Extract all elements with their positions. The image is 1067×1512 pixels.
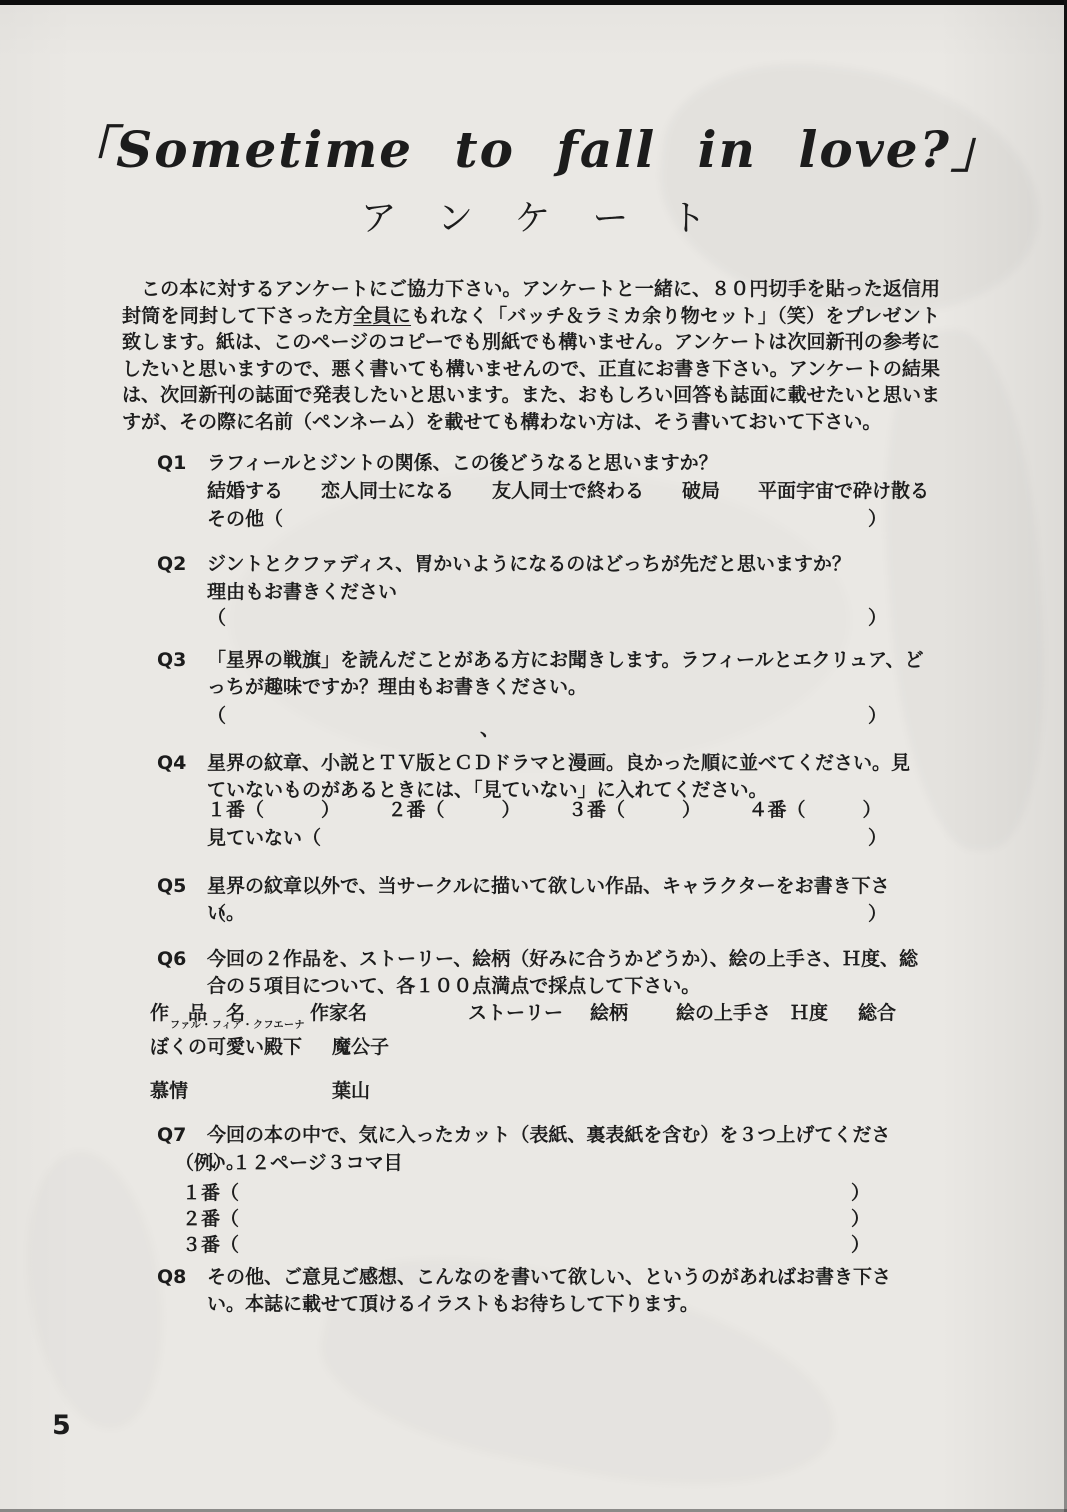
q1-other-open: その他（ — [207, 504, 283, 531]
q4-rank-slots: １番（ ） ２番（ ） ３番（ ） ４番（ ） — [207, 797, 882, 824]
question-q3: Q3 「星界の戦旗」を読んだことがある方にお聞きします。ラフィールとエクリュア、… — [157, 647, 927, 701]
q6-row1-author: 魔公子 — [332, 1032, 389, 1059]
q7-slot2-open: ２番（ — [182, 1204, 239, 1231]
q6-col-hdegree: Ｈ度 — [790, 998, 828, 1025]
q7-slot3-field: ３番（ ） — [182, 1230, 870, 1257]
q4-label: Q4 — [157, 750, 207, 804]
q6-row2-work-title: 慕情 — [150, 1076, 188, 1103]
q6-col-overall: 総合 — [858, 998, 896, 1025]
question-q4: Q4 星界の紋章、小説とＴＶ版とＣＤドラマと漫画。良かった順に並べてください。見… — [157, 750, 927, 804]
page-title: 「Sometime to fall in love?」 — [0, 110, 1067, 182]
q6-row1-work-title: ぼくの可愛い殿下 — [150, 1032, 302, 1059]
question-q2: Q2 ジントとクファディス、胃かいようになるのはどっちが先だと思いますか？ — [157, 551, 927, 578]
q8-text: その他、ご意見ご感想、こんなのを書いて欲しい、というのがあればお書き下さい。本誌… — [207, 1264, 927, 1318]
q3-open-paren: （ — [207, 701, 226, 728]
q6-col-skill: 絵の上手さ — [676, 998, 771, 1025]
q6-label: Q6 — [157, 946, 207, 1000]
q6-col-author: 作家名 — [310, 998, 367, 1025]
q2-open-paren: （ — [207, 603, 226, 630]
q7-example: （例）１２ページ３コマ目 — [175, 1150, 403, 1177]
q7-slot1-close: ） — [851, 1178, 870, 1205]
page-number: 5 — [52, 1410, 71, 1441]
q1-other-close: ） — [868, 504, 887, 531]
q7-slot3-close: ） — [851, 1230, 870, 1257]
q3-close-paren: ） — [868, 701, 887, 728]
q2-close-paren: ） — [868, 603, 887, 630]
q2-label: Q2 — [157, 551, 207, 578]
q5-open-paren: （ — [207, 899, 226, 926]
q4-notseen-close: ） — [868, 823, 887, 850]
q4-notseen-field: 見ていない（ ） — [207, 823, 887, 850]
q4-text: 星界の紋章、小説とＴＶ版とＣＤドラマと漫画。良かった順に並べてください。見ていな… — [207, 750, 927, 804]
question-q8: Q8 その他、ご意見ご感想、こんなのを書いて欲しい、というのがあればお書き下さい… — [157, 1264, 927, 1318]
q3-answer-field: （ ） — [207, 701, 887, 728]
q1-label: Q1 — [157, 450, 207, 477]
stray-ink-mark: 、 — [480, 712, 500, 741]
question-q6: Q6 今回の２作品を、ストーリー、絵柄（好みに合うかどうか）、絵の上手さ、Ｈ度、… — [157, 946, 927, 1000]
q1-text: ラフィールとジントの関係、この後どうなると思いますか？ — [207, 450, 927, 477]
intro-underlined-text: 全員に — [353, 305, 411, 327]
q8-label: Q8 — [157, 1264, 207, 1318]
scan-bleedthrough-artifact — [11, 1142, 179, 1437]
question-q1: Q1 ラフィールとジントの関係、この後どうなると思いますか？ — [157, 450, 927, 477]
q7-slot3-open: ３番（ — [182, 1230, 239, 1257]
q2-answer-field: （ ） — [207, 603, 887, 630]
q3-text: 「星界の戦旗」を読んだことがある方にお聞きします。ラフィールとエクリュア、どっち… — [207, 647, 927, 701]
q4-notseen-open: 見ていない（ — [207, 823, 321, 850]
q7-slot1-field: １番（ ） — [182, 1178, 870, 1205]
q6-col-story: ストーリー — [468, 998, 563, 1025]
q6-row2-author: 葉山 — [332, 1076, 370, 1103]
q6-col-style: 絵柄 — [590, 998, 628, 1025]
scanned-questionnaire-page: 「Sometime to fall in love?」 アンケート この本に対す… — [0, 0, 1067, 1512]
q2-text: ジントとクファディス、胃かいようになるのはどっちが先だと思いますか？ — [207, 551, 927, 578]
q7-slot1-open: １番（ — [182, 1178, 239, 1205]
q7-slot2-close: ） — [851, 1204, 870, 1231]
q3-label: Q3 — [157, 647, 207, 701]
q6-text: 今回の２作品を、ストーリー、絵柄（好みに合うかどうか）、絵の上手さ、Ｈ度、総合の… — [207, 946, 927, 1000]
survey-heading: アンケート — [0, 190, 1067, 241]
q7-slot2-field: ２番（ ） — [182, 1204, 870, 1231]
q5-answer-field: （ ） — [207, 899, 887, 926]
q1-options: 結婚する 恋人同士になる 友人同士で終わる 破局 平面宇宙で砕け散る — [207, 478, 929, 505]
q6-row1-ruby: ファル・フィア・クフエーナ — [170, 1016, 305, 1031]
q2-subtext: 理由もお書きください — [207, 579, 397, 606]
scan-edge-top — [0, 0, 1067, 5]
intro-paragraph: この本に対するアンケートにご協力下さい。アンケートと一緒に、８０円切手を貼った返… — [122, 276, 940, 435]
q1-other-field: その他（ ） — [207, 504, 887, 531]
q5-close-paren: ） — [868, 899, 887, 926]
q5-label: Q5 — [157, 873, 207, 927]
